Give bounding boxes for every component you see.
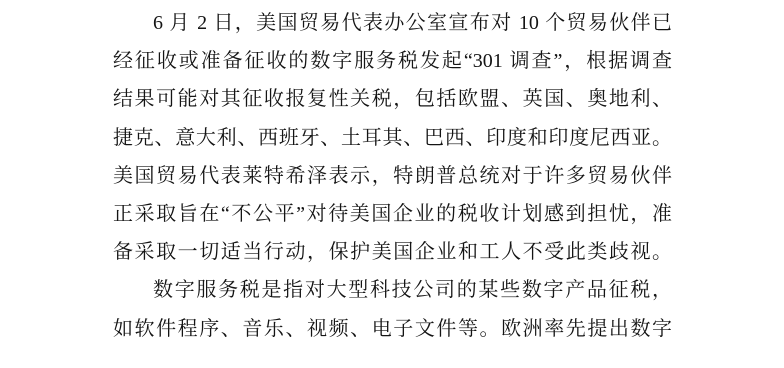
- document-page: 6 月 2 日，美国贸易代表办公室宣布对 10 个贸易伙伴已经征收或准备征收的数…: [0, 0, 784, 368]
- text-line: 备采取一切适当行动，保护美国企业和工人不受此类歧视。: [113, 233, 672, 271]
- text-line: 结果可能对其征收报复性关税，包括欧盟、英国、奥地利、: [113, 80, 672, 118]
- text-line: 数字服务税是指对大型科技公司的某些数字产品征税，: [113, 271, 672, 309]
- text-line: 美国贸易代表莱特希泽表示，特朗普总统对于许多贸易伙伴: [113, 157, 672, 195]
- text-line: 6 月 2 日，美国贸易代表办公室宣布对 10 个贸易伙伴已: [113, 4, 672, 42]
- text-block: 6 月 2 日，美国贸易代表办公室宣布对 10 个贸易伙伴已经征收或准备征收的数…: [113, 4, 672, 348]
- text-line: 经征收或准备征收的数字服务税发起“301 调查”，根据调查: [113, 42, 672, 80]
- text-line: 如软件程序、音乐、视频、电子文件等。欧洲率先提出数字: [113, 310, 672, 348]
- text-line: 正采取旨在“不公平”对待美国企业的税收计划感到担忧，准: [113, 195, 672, 233]
- text-line: 捷克、意大利、西班牙、土耳其、巴西、印度和印度尼西亚。: [113, 119, 672, 157]
